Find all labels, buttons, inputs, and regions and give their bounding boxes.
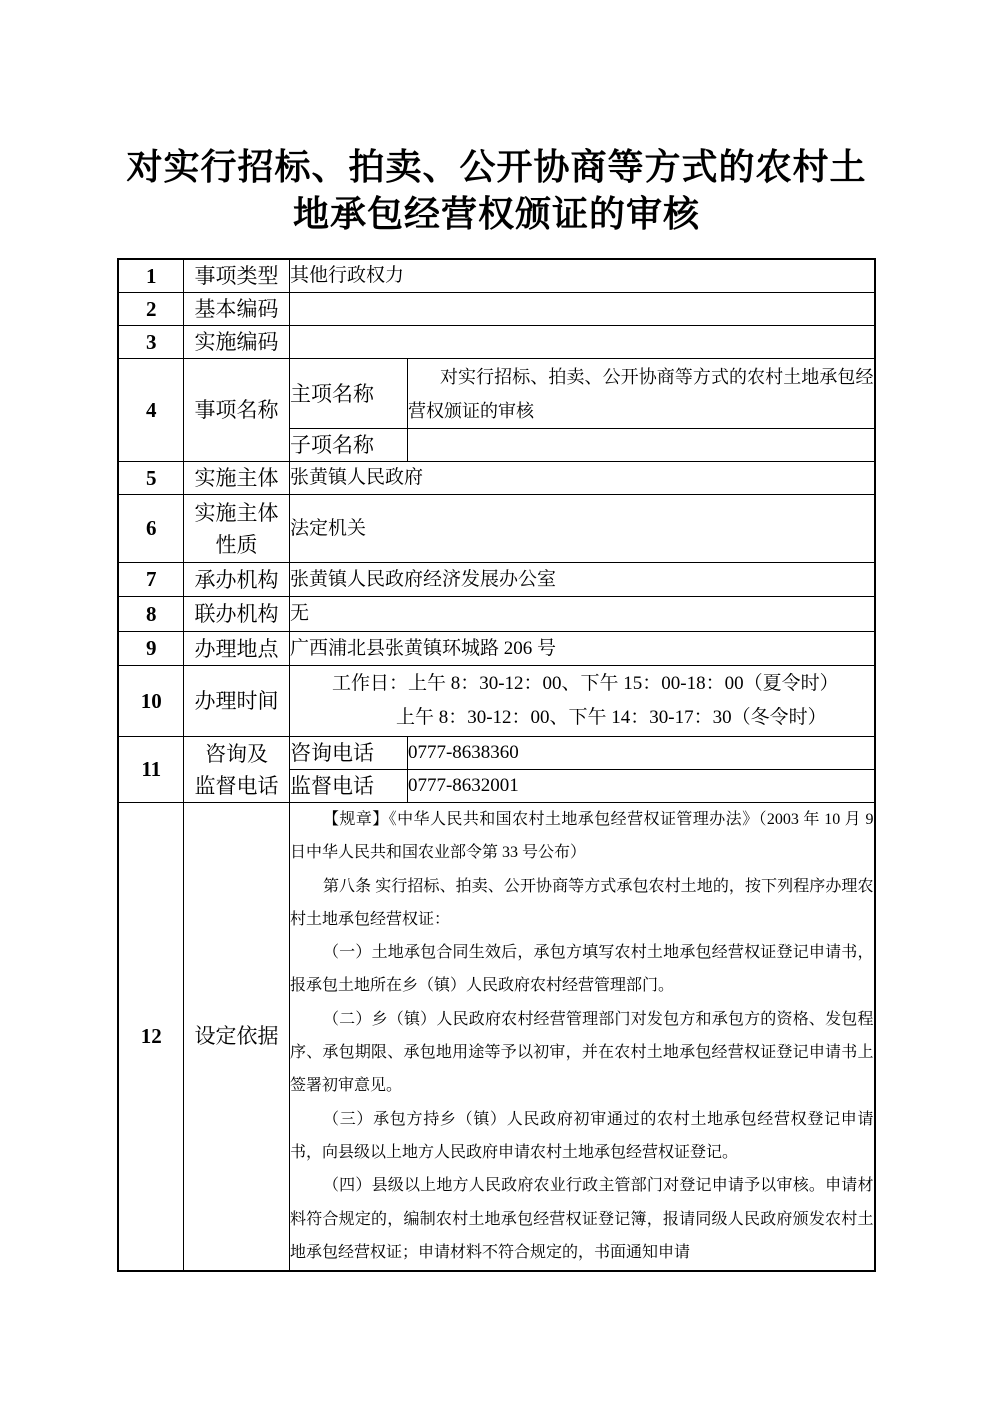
row9-label: 办理地点 [183, 632, 289, 666]
row3-label: 实施编码 [183, 326, 289, 359]
row10-label: 办理时间 [183, 666, 289, 737]
row5-label: 实施主体 [183, 462, 289, 495]
row6-value: 法定机关 [289, 495, 874, 563]
row6-number: 6 [118, 495, 183, 563]
row4-main-sublabel: 主项名称 [289, 359, 407, 429]
legal-paragraph: （三）承包方持乡（镇）人民政府初审通过的农村土地承包经营权登记申请书，向县级以上… [290, 1103, 874, 1170]
row4-label: 事项名称 [183, 359, 289, 462]
row7-number: 7 [118, 563, 183, 597]
table-row-3: 3 实施编码 [118, 326, 874, 359]
legal-paragraph: 【规章】《中华人民共和国农村土地承包经营权证管理办法》（2003 年 10 月 … [290, 803, 874, 870]
row11-number: 11 [118, 737, 183, 803]
row8-number: 8 [118, 597, 183, 632]
office-hours-winter: 上午 8：30-12：00、下午 14：30-17：30（冬令时） [290, 701, 874, 735]
row2-value [289, 293, 874, 326]
table-row-6: 6 实施主体 性质 法定机关 [118, 495, 874, 563]
table-row-5: 5 实施主体 张黄镇人民政府 [118, 462, 874, 495]
row1-number: 1 [118, 259, 183, 293]
table-row-11-consult: 11 咨询及 监督电话 咨询电话 0777-8638360 [118, 737, 874, 770]
supervise-phone-value: 0777-8632001 [407, 770, 874, 803]
table-row-10: 10 办理时间 工作日：上午 8：30-12：00、下午 15：00-18：00… [118, 666, 874, 737]
row2-label: 基本编码 [183, 293, 289, 326]
table-row-8: 8 联办机构 无 [118, 597, 874, 632]
row12-number: 12 [118, 803, 183, 1271]
row4-main-value: 对实行招标、拍卖、公开协商等方式的农村土地承包经营权颁证的审核 [407, 359, 874, 429]
service-item-table: 1 事项类型 其他行政权力 2 基本编码 3 实施编码 4 事项名称 主项名称 … [117, 258, 875, 1272]
row6-label: 实施主体 性质 [183, 495, 289, 563]
row8-value: 无 [289, 597, 874, 632]
row8-label: 联办机构 [183, 597, 289, 632]
row3-number: 3 [118, 326, 183, 359]
legal-paragraph: （二）乡（镇）人民政府农村经营管理部门对发包方和承包方的资格、发包程序、承包期限… [290, 1003, 874, 1103]
row10-number: 10 [118, 666, 183, 737]
consult-phone-label: 咨询电话 [289, 737, 407, 770]
row5-number: 5 [118, 462, 183, 495]
table-row-4-main: 4 事项名称 主项名称 对实行招标、拍卖、公开协商等方式的农村土地承包经营权颁证… [118, 359, 874, 429]
legal-paragraph: （一）土地承包合同生效后，承包方填写农村土地承包经营权证登记申请书，报承包土地所… [290, 936, 874, 1003]
table-row-9: 9 办理地点 广西浦北县张黄镇环城路 206 号 [118, 632, 874, 666]
row2-number: 2 [118, 293, 183, 326]
row4-sub-value [407, 429, 874, 462]
row9-number: 9 [118, 632, 183, 666]
row9-value: 广西浦北县张黄镇环城路 206 号 [289, 632, 874, 666]
row11-label: 咨询及 监督电话 [183, 737, 289, 803]
legal-paragraph: 第八条 实行招标、拍卖、公开协商等方式承包农村土地的，按下列程序办理农村土地承包… [290, 870, 874, 937]
document-page: 对实行招标、拍卖、公开协商等方式的农村土 地承包经营权颁证的审核 1 事项类型 … [0, 0, 993, 1404]
consult-phone-value: 0777-8638360 [407, 737, 874, 770]
row1-value: 其他行政权力 [289, 259, 874, 293]
table-row-1: 1 事项类型 其他行政权力 [118, 259, 874, 293]
row5-value: 张黄镇人民政府 [289, 462, 874, 495]
row12-label: 设定依据 [183, 803, 289, 1271]
table-row-12: 12 设定依据 【规章】《中华人民共和国农村土地承包经营权证管理办法》（2003… [118, 803, 874, 1271]
row10-value: 工作日：上午 8：30-12：00、下午 15：00-18：00（夏令时） 上午… [289, 666, 874, 737]
row7-label: 承办机构 [183, 563, 289, 597]
document-title: 对实行招标、拍卖、公开协商等方式的农村土 地承包经营权颁证的审核 [58, 144, 935, 238]
legal-basis-text: 【规章】《中华人民共和国农村土地承包经营权证管理办法》（2003 年 10 月 … [289, 803, 874, 1271]
table-row-2: 2 基本编码 [118, 293, 874, 326]
row4-sub-sublabel: 子项名称 [289, 429, 407, 462]
row1-label: 事项类型 [183, 259, 289, 293]
table-row-7: 7 承办机构 张黄镇人民政府经济发展办公室 [118, 563, 874, 597]
row4-main-value-text: 对实行招标、拍卖、公开协商等方式的农村土地承包经营权颁证的审核 [408, 360, 874, 428]
office-hours-summer: 工作日：上午 8：30-12：00、下午 15：00-18：00（夏令时） [290, 667, 874, 701]
supervise-phone-label: 监督电话 [289, 770, 407, 803]
row3-value [289, 326, 874, 359]
legal-paragraph: （四）县级以上地方人民政府农业行政主管部门对登记申请予以审核。申请材料符合规定的… [290, 1169, 874, 1269]
row4-number: 4 [118, 359, 183, 462]
row7-value: 张黄镇人民政府经济发展办公室 [289, 563, 874, 597]
